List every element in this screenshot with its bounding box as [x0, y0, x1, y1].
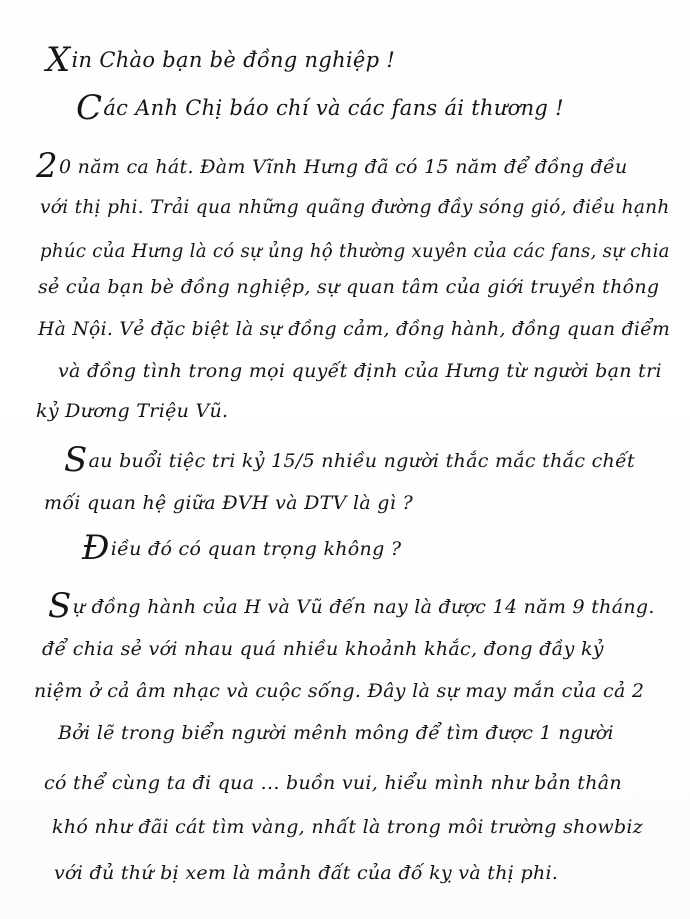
line-text: Hà Nội. Vẻ đặc biệt là sự đồng cảm, đồng… — [38, 318, 670, 340]
line-text: và đồng tình trong mọi quyết định của Hư… — [58, 360, 662, 382]
paragraph-3-line-1: Điều đó có quan trọng không ? — [82, 528, 401, 568]
line-text: với đủ thứ bị xem là mảnh đất của đố kỵ … — [54, 862, 558, 884]
drop-initial: C — [76, 88, 102, 128]
line-text: có thể cùng ta đi qua ... buồn vui, hiểu… — [44, 772, 622, 794]
line-text: phúc của Hưng là có sự ủng hộ thường xuy… — [40, 240, 670, 262]
line-text: khó như đãi cát tìm vàng, nhất là trong … — [52, 816, 643, 838]
greeting-line-2: Các Anh Chị báo chí và các fans ái thươn… — [76, 88, 564, 128]
paragraph-1-line-1: 20 năm ca hát. Đàm Vĩnh Hưng đã có 15 nă… — [36, 146, 628, 186]
paragraph-4-line-6: khó như đãi cát tìm vàng, nhất là trong … — [52, 816, 643, 838]
greeting-line-1: Xin Chào bạn bè đồng nghiệp ! — [46, 40, 395, 80]
line-text: mối quan hệ giữa ĐVH và DTV là gì ? — [44, 492, 413, 514]
paragraph-4-line-3: niệm ở cả âm nhạc và cuộc sống. Đây là s… — [34, 680, 644, 702]
line-text: Bởi lẽ trong biển người mênh mông để tìm… — [58, 722, 614, 744]
drop-initial: 2 — [36, 146, 58, 186]
line-text: au buổi tiệc tri kỷ 15/5 nhiều người thắ… — [89, 450, 635, 472]
paragraph-1-line-3: phúc của Hưng là có sự ủng hộ thường xuy… — [40, 240, 670, 262]
line-text: iều đó có quan trọng không ? — [111, 538, 402, 560]
paragraph-4-line-4: Bởi lẽ trong biển người mênh mông để tìm… — [58, 722, 614, 744]
paragraph-4-line-2: để chia sẻ với nhau quá nhiều khoảnh khắ… — [42, 638, 604, 660]
paragraph-4-line-7: với đủ thứ bị xem là mảnh đất của đố kỵ … — [54, 862, 558, 884]
line-text: 0 năm ca hát. Đàm Vĩnh Hưng đã có 15 năm… — [59, 156, 628, 178]
paragraph-2-line-2: mối quan hệ giữa ĐVH và DTV là gì ? — [44, 492, 413, 514]
drop-initial: S — [48, 586, 72, 626]
line-text: sẻ của bạn bè đồng nghiệp, sự quan tâm c… — [38, 276, 659, 298]
line-text: ự đồng hành của H và Vũ đến nay là được … — [73, 596, 655, 618]
line-text: niệm ở cả âm nhạc và cuộc sống. Đây là s… — [34, 680, 644, 702]
handwritten-letter-page: Xin Chào bạn bè đồng nghiệp ! Các Anh Ch… — [0, 0, 690, 919]
paragraph-1-line-7: kỷ Dương Triệu Vũ. — [36, 400, 228, 422]
line-text: với thị phi. Trải qua những quãng đường … — [40, 196, 670, 218]
line-text: để chia sẻ với nhau quá nhiều khoảnh khắ… — [42, 638, 604, 660]
drop-initial: S — [64, 440, 88, 480]
greeting-text: in Chào bạn bè đồng nghiệp ! — [72, 48, 396, 72]
paragraph-1-line-6: và đồng tình trong mọi quyết định của Hư… — [58, 360, 662, 382]
paragraph-1-line-4: sẻ của bạn bè đồng nghiệp, sự quan tâm c… — [38, 276, 659, 298]
paragraph-1-line-2: với thị phi. Trải qua những quãng đường … — [40, 196, 670, 218]
paragraph-4-line-1: Sự đồng hành của H và Vũ đến nay là được… — [48, 586, 655, 626]
line-text: kỷ Dương Triệu Vũ. — [36, 400, 228, 422]
drop-initial: Đ — [82, 528, 110, 568]
paragraph-1-line-5: Hà Nội. Vẻ đặc biệt là sự đồng cảm, đồng… — [38, 318, 670, 340]
drop-initial: X — [46, 40, 71, 80]
greeting-text: ác Anh Chị báo chí và các fans ái thương… — [103, 96, 564, 120]
paragraph-2-line-1: Sau buổi tiệc tri kỷ 15/5 nhiều người th… — [64, 440, 635, 480]
paragraph-4-line-5: có thể cùng ta đi qua ... buồn vui, hiểu… — [44, 772, 622, 794]
